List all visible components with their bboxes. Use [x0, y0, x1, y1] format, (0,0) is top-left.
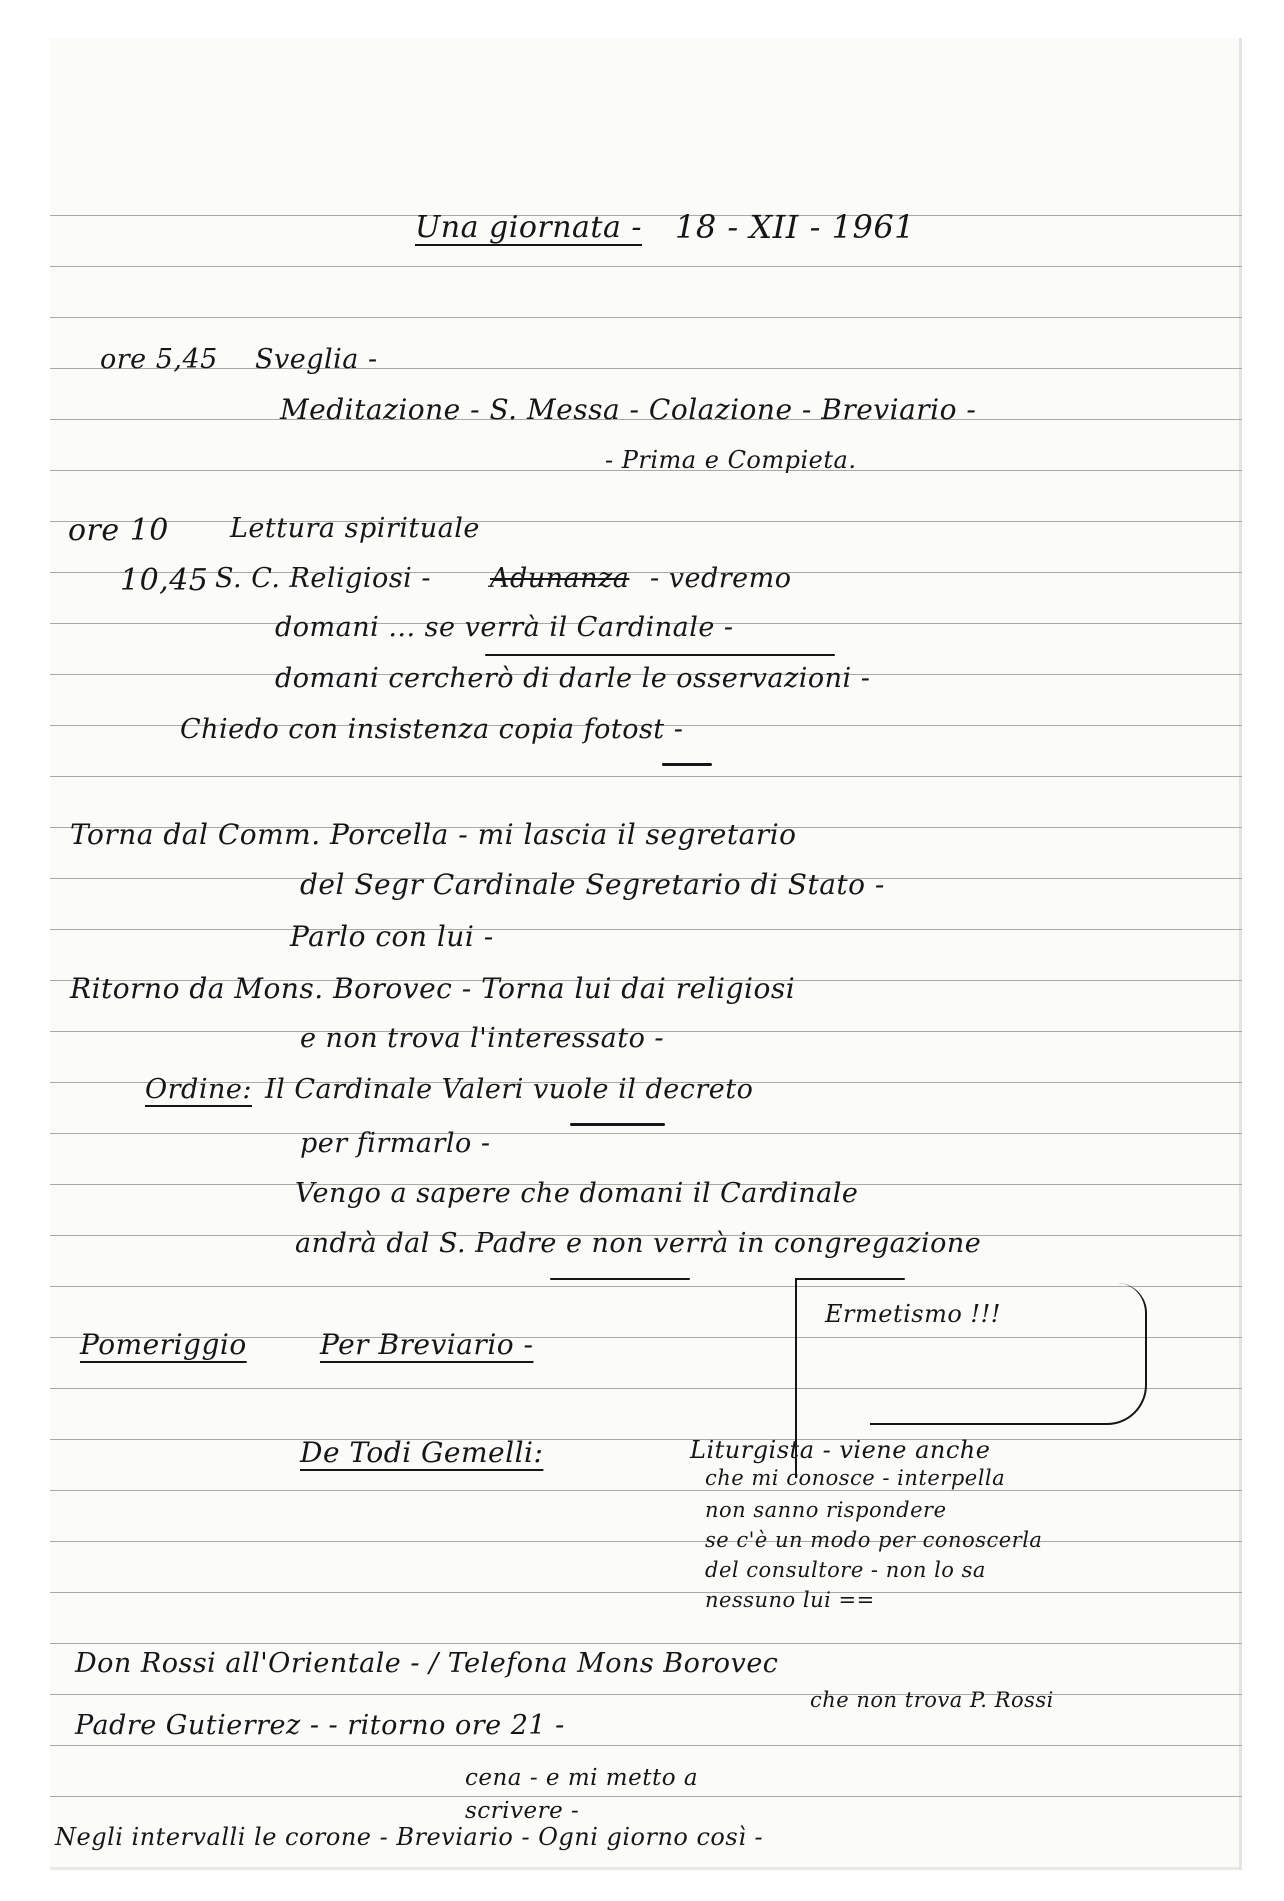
entry-meditazione: Meditazione - S. Messa - Colazione - Bre… [280, 393, 976, 426]
entry-ordine-label: Ordine: [145, 1074, 252, 1105]
entry-vengo: Vengo a sapere che domani il Cardinale [295, 1178, 858, 1209]
evening-line-6: Negli intervalli le corone - Breviario -… [55, 1823, 763, 1851]
entry-andra: andrà dal S. Padre e non verrà in congre… [295, 1228, 981, 1259]
evening-line-1: Don Rossi all'Orientale - / Telefona Mon… [75, 1648, 778, 1679]
ruled-line [50, 1796, 1242, 1797]
entry-time-10: ore 10 [68, 513, 169, 548]
entry-interessato: e non trova l'interessato - [300, 1023, 664, 1054]
entry-prima-compieta: - Prima e Compieta. [605, 446, 856, 474]
afternoon-person: De Todi Gemelli: [300, 1436, 543, 1469]
note-line-6: nessuno lui == [705, 1588, 875, 1612]
note-line-1: Liturgista - viene anche [690, 1436, 990, 1464]
evening-line-3: Padre Gutierrez - - ritorno ore 21 - [75, 1710, 565, 1741]
side-note-ermetismo: Ermetismo !!! [825, 1300, 1001, 1328]
entry-ritorno: Ritorno da Mons. Borovec - Torna lui dai… [70, 972, 795, 1005]
ruled-line [50, 317, 1242, 318]
entry-chiedo: Chiedo con insistenza copia fotost - [180, 714, 683, 745]
ruled-line [50, 1643, 1242, 1644]
ruled-line [50, 1133, 1242, 1134]
evening-line-4: cena - e mi metto a [465, 1765, 698, 1791]
entry-parlo: Parlo con lui - [290, 920, 494, 953]
ruled-line [50, 776, 1242, 777]
bracket-top-line [795, 1278, 905, 1280]
entry-torna: Torna dal Comm. Porcella - mi lascia il … [70, 818, 797, 851]
entry-time-545: ore 5,45 [100, 344, 218, 375]
underline-vuole [570, 1123, 665, 1126]
ruled-line [50, 1490, 1242, 1491]
ruled-line [50, 1541, 1242, 1542]
handwritten-diary-page: Una giornata - 18 - XII - 1961 ore 5,45 … [50, 38, 1242, 1870]
note-line-5: del consultore - non lo sa [705, 1558, 986, 1582]
evening-line-5: scrivere - [465, 1798, 579, 1824]
ruled-line [50, 266, 1242, 267]
ruled-line [50, 521, 1242, 522]
ruled-line [50, 1439, 1242, 1440]
entry-domani-2: domani cercherò di darle le osservazioni… [275, 663, 870, 694]
page-date: 18 - XII - 1961 [675, 208, 915, 246]
entry-segretario: del Segr Cardinale Segretario di Stato - [300, 868, 885, 901]
entry-domani-1: domani ... se verrà il Cardinale - [275, 612, 734, 643]
afternoon-label: Pomeriggio [80, 1328, 247, 1361]
bracket-stroke [550, 1278, 690, 1280]
ruled-line [50, 929, 1242, 930]
ruled-line [50, 1592, 1242, 1593]
ruled-line [50, 1745, 1242, 1746]
entry-time-1045: 10,45 [120, 563, 208, 598]
ruled-line [50, 368, 1242, 369]
entry-ordine-text: Il Cardinale Valeri vuole il decreto [265, 1074, 753, 1105]
afternoon-text: Per Breviario - [320, 1328, 534, 1361]
separator-dash [662, 763, 712, 766]
note-line-4: se c'è un modo per conoscerla [705, 1528, 1042, 1552]
entry-sc-religiosi: S. C. Religiosi - [215, 563, 431, 594]
note-line-3: non sanno rispondere [705, 1498, 947, 1522]
entry-sveglia: Sveglia - [255, 344, 378, 375]
evening-line-2: che non trova P. Rossi [810, 1688, 1054, 1712]
entry-lettura: Lettura spirituale [230, 513, 480, 544]
underline-mark [485, 654, 835, 656]
note-line-2: che mi conosce - interpella [705, 1466, 1005, 1490]
entry-vedremo: - vedremo [650, 563, 791, 594]
page-title: Una giornata - [415, 210, 642, 245]
ruled-line [50, 1694, 1242, 1695]
entry-firmarlo: per firmarlo - [300, 1128, 491, 1159]
ruled-line [50, 215, 1242, 216]
entry-struck-word: Adunanza [490, 563, 629, 594]
